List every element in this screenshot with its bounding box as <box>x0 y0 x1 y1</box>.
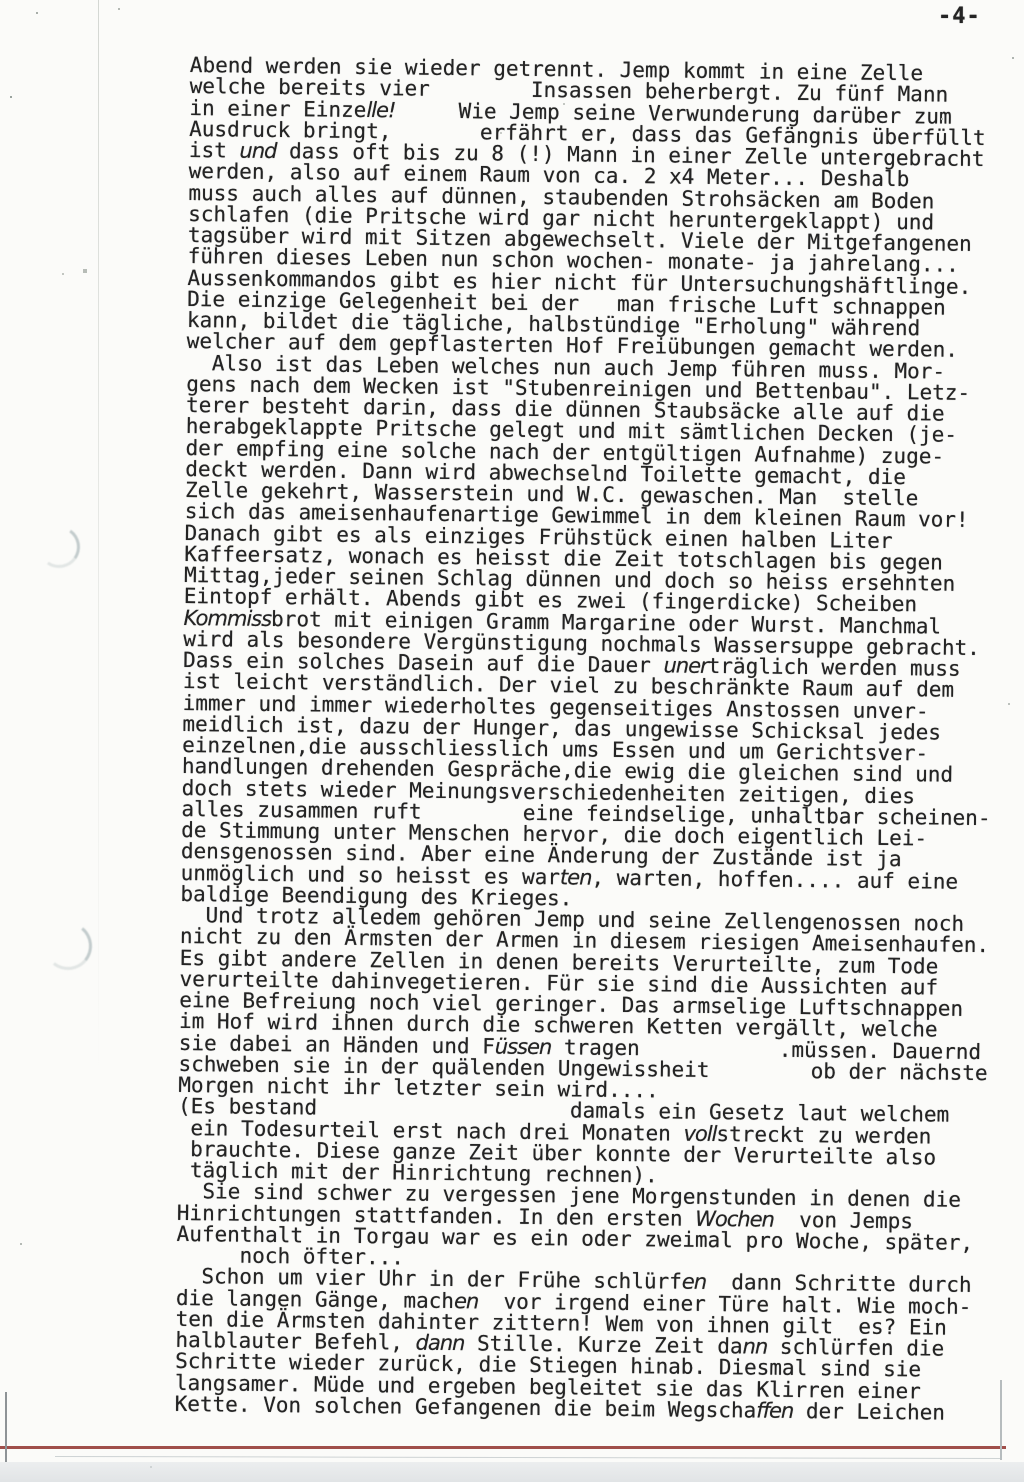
handwritten-text: ffen <box>756 1398 793 1422</box>
typed-text: , warten, hoffen.... auf eine <box>591 865 958 893</box>
typed-text: der Leichen <box>793 1399 945 1425</box>
scan-edge-line-top-left <box>98 0 99 1130</box>
scan-speckles <box>0 0 2 2</box>
red-rule-line <box>0 1446 1006 1449</box>
scan-edge-line-right <box>1000 1380 1002 1460</box>
underlying-page-band <box>0 1462 1024 1482</box>
text-lines: Abend werden sie wieder getrennt. Jemp k… <box>175 55 1000 1424</box>
faint-scan-line <box>55 1456 1000 1459</box>
page-number: -4- <box>938 4 981 29</box>
hole-punch-upper <box>35 523 84 572</box>
scanned-document-page: -4- Abend werden sie wieder getrennt. Je… <box>0 0 1024 1482</box>
hole-punch-lower <box>42 920 95 973</box>
